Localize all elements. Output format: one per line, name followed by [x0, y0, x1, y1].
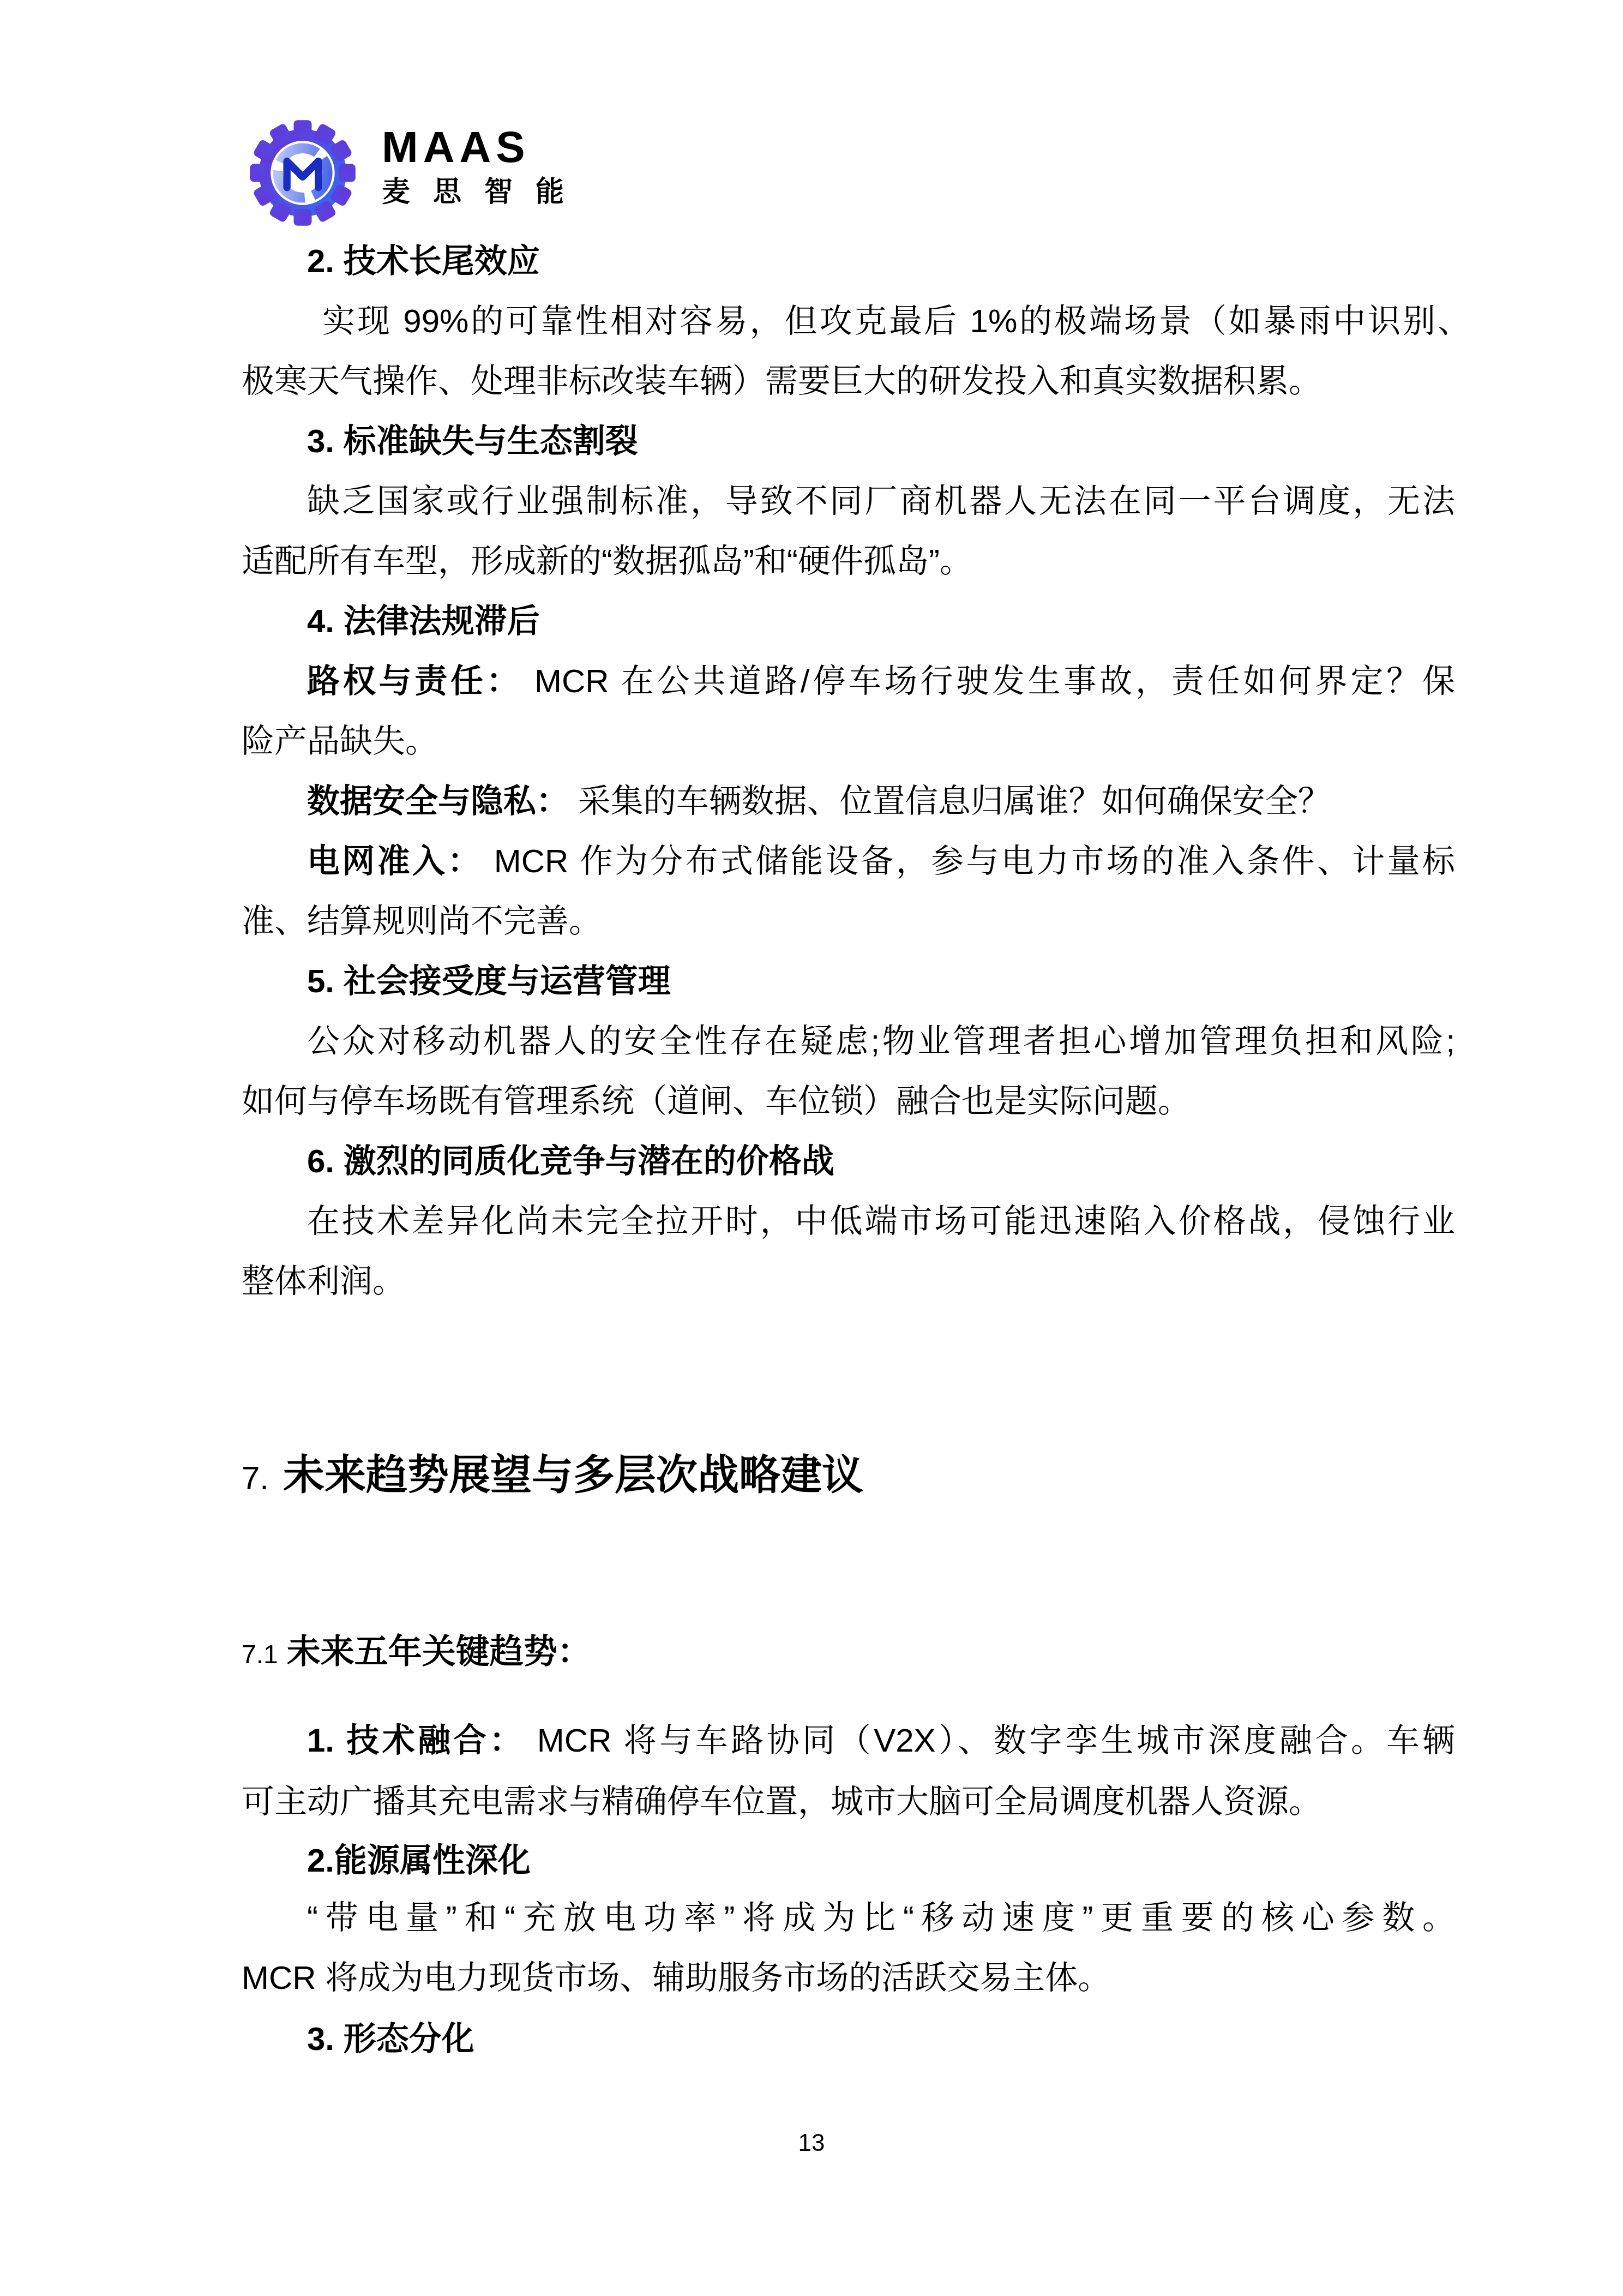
document-page: MAAS 麦思智能 2. 技术长尾效应 实现 99%的可靠性相对容易，但攻克最后…	[0, 0, 1623, 2296]
para-data-privacy: 数据安全与隐私： 采集的车辆数据、位置信息归属谁？如何确保安全？	[242, 783, 1455, 819]
para-standard-line1: 缺乏国家或行业强制标准，导致不同厂商机器人无法在同一平台调度，无法	[242, 483, 1455, 519]
gear-m-icon	[247, 117, 359, 229]
brand-name: MAAS	[382, 125, 587, 169]
heading-tech-long-tail: 2. 技术长尾效应	[242, 243, 1455, 279]
logo-text: MAAS 麦思智能	[382, 117, 587, 229]
para-energy-line2: MCR 将成为电力现货市场、辅助服务市场的活跃交易主体。	[242, 1960, 1390, 1996]
para-energy-line1: “带电量”和“充放电功率”将成为比“移动速度”更重要的核心参数。	[242, 1900, 1455, 1936]
heading-form-divergence: 3. 形态分化	[242, 2021, 1455, 2057]
heading-legal-lag: 4. 法律法规滞后	[242, 603, 1455, 639]
heading-section-7: 7.未来趋势展望与多层次战略建议	[242, 1453, 1390, 1501]
para-standard-line2: 适配所有车型，形成新的“数据孤岛”和“硬件孤岛”。	[242, 543, 1390, 579]
para-tech-fusion-line1: 1. 技术融合： MCR 将与车路协同（V2X）、数字孪生城市深度融合。车辆	[242, 1723, 1455, 1759]
para-social-line1: 公众对移动机器人的安全性存在疑虑;物业管理者担心增加管理负担和风险;	[242, 1023, 1455, 1059]
brand-name-cn: 麦思智能	[382, 177, 587, 207]
para-price-war-line1: 在技术差异化尚未完全拉开时，中低端市场可能迅速陷入价格战，侵蚀行业	[242, 1203, 1455, 1239]
heading-energy-attribute: 2.能源属性深化	[242, 1843, 1455, 1879]
heading-social-acceptance: 5. 社会接受度与运营管理	[242, 963, 1455, 999]
page-number: 13	[0, 2130, 1623, 2156]
para-price-war-line2: 整体利润。	[242, 1263, 1390, 1299]
para-tech-fusion-line2: 可主动广播其充电需求与精确停车位置，城市大脑可全局调度机器人资源。	[242, 1784, 1390, 1820]
heading-standard-missing: 3. 标准缺失与生态割裂	[242, 423, 1455, 459]
para-road-rights-line2: 险产品缺失。	[242, 723, 1390, 759]
heading-price-war: 6. 激烈的同质化竞争与潜在的价格战	[242, 1143, 1455, 1179]
maas-logo: MAAS 麦思智能	[247, 117, 587, 229]
heading-section-7-1: 7.1未来五年关键趋势：	[242, 1633, 1390, 1674]
para-tech-long-tail-line1: 实现 99%的可靠性相对容易，但攻克最后 1%的极端场景（如暴雨中识别、	[242, 303, 1470, 339]
para-tech-long-tail-line2: 极寒天气操作、处理非标改装车辆）需要巨大的研发投入和真实数据积累。	[242, 363, 1390, 399]
para-social-line2: 如何与停车场既有管理系统（道闸、车位锁）融合也是实际问题。	[242, 1083, 1390, 1119]
para-road-rights-line1: 路权与责任： MCR 在公共道路/停车场行驶发生事故，责任如何界定？保	[242, 663, 1455, 699]
para-grid-access-line2: 准、结算规则尚不完善。	[242, 903, 1390, 939]
para-grid-access-line1: 电网准入： MCR 作为分布式储能设备，参与电力市场的准入条件、计量标	[242, 843, 1455, 879]
